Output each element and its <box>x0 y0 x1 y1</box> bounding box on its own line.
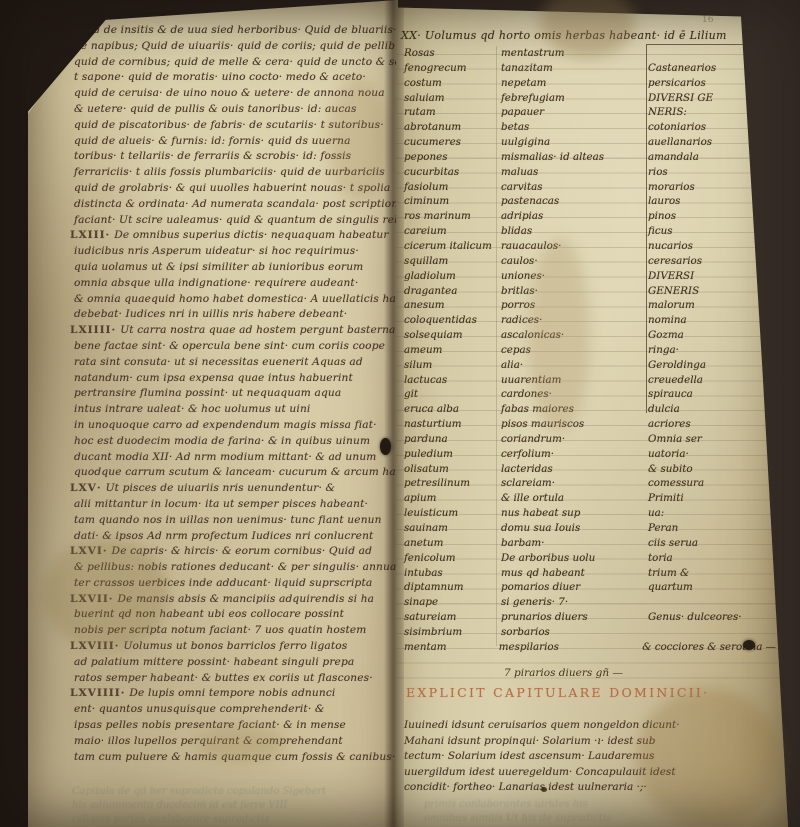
manuscript-text-line: quid de alueis· & furnis: id: fornis· qu… <box>70 135 392 151</box>
manuscript-text-line: bene factae sint· & opercula bene sint· … <box>70 340 392 356</box>
line-text: ent· quantos unusquisque comprehenderit·… <box>74 703 324 715</box>
tree-name-col3: pinos <box>648 210 776 225</box>
manuscript-text-line: LXVI·De capris· & hircis· & eorum cornib… <box>70 545 392 561</box>
table-row: eruca albafabas maioresdulcia <box>404 403 776 418</box>
manuscript-text-line: ratos semper habeant· & buttes ex coriis… <box>70 672 392 688</box>
tree-name-col3: Omnia ser <box>648 433 776 448</box>
herb-name-col1: sauinam <box>404 522 501 537</box>
explicit-rubric: EXPLICIT CAPITULARE DOMINICII· <box>406 685 709 700</box>
herb-name-col2: febrefugiam <box>501 92 648 107</box>
line-text: De mansis absis & mancipiis adquirendis … <box>118 593 375 605</box>
line-text: quid de piscatoribus· de fabris· de scut… <box>74 119 384 131</box>
line-text: & omnia quaequid homo habet domestica· A… <box>74 293 409 305</box>
herb-name-col2: mentastrum <box>501 47 648 62</box>
herb-name-col2: maluas <box>501 166 648 181</box>
table-row: mentammespilarios& cocciores & serotina … <box>404 641 776 656</box>
tree-name-col3: quartum <box>648 581 776 596</box>
table-row: ameumcepasringa· <box>404 344 776 359</box>
manuscript-text-line: tam quando nos in uillas non uenimus· tu… <box>70 514 392 530</box>
line-text: quid de ceruisa· de uino nouo & uetere· … <box>74 87 385 99</box>
herb-name-col2: si generis· 7· <box>501 596 648 611</box>
manuscript-text-line: LXVIIII·De lupis omni tempore nobis adnu… <box>70 687 392 703</box>
tree-name-col3: Peran <box>648 522 776 537</box>
manuscript-text-line: LXIIII·Ut carra nostra quae ad hostem pe… <box>70 324 392 340</box>
line-text: distincta & ordinata· Ad numerata scanda… <box>74 198 415 210</box>
line-text: & pellibus: nobis rationes deducant· & p… <box>74 561 400 573</box>
table-row: sisimbriumsorbarios <box>404 626 776 641</box>
line-text: quid de cornibus; quid de melle & cera· … <box>74 56 414 68</box>
faded-text-line: his adiummento duodecim id est ferre VII… <box>72 800 326 814</box>
herb-name-col1: sinape <box>404 596 501 611</box>
manuscript-text-line: quid de cornibus; quid de melle & cera· … <box>70 56 392 72</box>
herb-name-col1: ameum <box>404 344 501 359</box>
tree-name-col3: auellanarios <box>648 136 776 151</box>
table-row: Rosasmentastrum <box>404 47 776 62</box>
manuscript-text-line: quia uolamus ut & ipsi similiter ab iuni… <box>70 261 392 277</box>
manuscript-text-line: dati· & ipsos Ad nrm profectum Iudices n… <box>70 530 392 546</box>
herb-name-col1: leuisticum <box>404 507 501 522</box>
table-row: apium& ille ortulaPrimiti <box>404 492 776 507</box>
manuscript-text-line: nobis per scripta notum faciant· 7 uos q… <box>70 624 392 640</box>
herb-name-col2: britlas· <box>501 285 648 300</box>
tree-name-col3: rios <box>648 166 776 181</box>
line-text: Uolumus ut bonos barriclos ferro ligatos <box>123 640 347 652</box>
herb-name-col2: radices· <box>501 314 648 329</box>
manuscript-text-line: & uetere· quid de pullis & ouis tanoribu… <box>70 103 392 119</box>
herb-name-col2: fabas maiores <box>501 403 648 418</box>
table-row: satureiamprunarios diuersGenus· dulceore… <box>404 611 776 626</box>
line-text: De lupis omni tempore nobis adnunci <box>129 687 335 699</box>
manuscript-text-line: LXV·Ut pisces de uiuariis nris uenundent… <box>70 482 392 498</box>
manuscript-text-line: ducant modia XII· Ad nrm modium mittant·… <box>70 451 392 467</box>
table-row: coloquentidasradices·nomina <box>404 314 776 329</box>
manuscript-text-line: de napibus; Quid de uiuariis· quid de co… <box>70 40 392 56</box>
chapter-numeral: LXIIII· <box>70 324 116 336</box>
table-row: sauinamdomu sua IouisPeran <box>404 522 776 537</box>
table-row: silumalia·Geroldinga <box>404 359 776 374</box>
tree-name-col3: amandala <box>648 151 776 166</box>
table-row: abrotanumbetascotoniarios <box>404 121 776 136</box>
tree-name-col3: cotoniarios <box>648 121 776 136</box>
herb-name-col1: fenogrecum <box>404 62 501 77</box>
gloss-text-line: tectum· Solarium idest ascensum· Laudare… <box>404 750 680 766</box>
right-faded-addition: primis conlaborantes uirides hisomnibus … <box>424 799 611 827</box>
herb-name-col1: eruca alba <box>404 403 501 418</box>
manuscript-text-line: quodque carrum scutum & lanceam· cucurum… <box>70 466 392 482</box>
table-row: fenogrecumtanazitamCastanearios <box>404 62 776 77</box>
tree-name-col3: ua: <box>648 507 776 522</box>
chapter-numeral: LXVIII· <box>70 640 119 652</box>
herb-name-col1: gladiolum <box>404 270 501 285</box>
tree-name-col3: toria <box>648 552 776 567</box>
manuscript-text-line: ent· quantos unusquisque comprehenderit·… <box>70 703 392 719</box>
table-row: petresilinumsclareiam·comessura <box>404 477 776 492</box>
table-row: cucurbitasmaluasrios <box>404 166 776 181</box>
manuscript-text-line: ad palatium mittere possint· habeant sin… <box>70 656 392 672</box>
table-row: ciminumpastenacaslauros <box>404 195 776 210</box>
herb-name-col1: solsequiam <box>404 329 501 344</box>
herb-name-col2: caulos· <box>501 255 648 270</box>
herb-name-col2: pisos mauriscos <box>501 418 648 433</box>
manuscript-text-line: omnia absque ulla indignatione· requirer… <box>70 277 392 293</box>
line-text: buerint qd non habeant ubi eos collocare… <box>74 608 344 620</box>
table-row: diptamnumpomarios diuerquartum <box>404 581 776 596</box>
chapter-numeral: LXVII· <box>70 593 114 605</box>
gloss-text-line: concidit· fortheo· Lanarias idest uulner… <box>404 781 680 797</box>
manuscript-text-line: quid de grolabris· & qui uuolles habueri… <box>70 182 392 198</box>
tree-name-col3: nomina <box>648 314 776 329</box>
line-text: quid de alueis· & furnis: id: fornis· qu… <box>74 135 351 147</box>
manuscript-text-line: debebat· Iudices nri in uillis nris habe… <box>70 308 392 324</box>
tree-name-col3: & subito <box>648 463 776 478</box>
tree-name-col3: spirauca <box>648 388 776 403</box>
manuscript-text-line: distincta & ordinata· Ad numerata scanda… <box>70 198 392 214</box>
line-text: De omnibus superius dictis· nequaquam ha… <box>114 229 388 241</box>
line-text: pertransire flumina possint· ut nequaqua… <box>74 387 341 399</box>
manuscript-text-line: & omnia quaequid homo habet domestica· A… <box>70 293 392 309</box>
line-text: ratos semper habeant· & buttes ex coriis… <box>74 672 373 684</box>
line-text: rata sint consuta· ut si necessitas euen… <box>74 356 363 368</box>
table-row: olisatumlacteridas& subito <box>404 463 776 478</box>
herb-name-col1: cicerum italicum <box>404 240 501 255</box>
tree-name-col3: persicarios <box>648 77 776 92</box>
manuscript-text-line: in unoquoque carro ad expendendum magis … <box>70 419 392 435</box>
gloss-text-line: uuergildum idest uueregeldum· Concapulau… <box>404 766 680 782</box>
herb-name-col1: coloquentidas <box>404 314 501 329</box>
herb-name-col1: ciminum <box>404 195 501 210</box>
gloss-text-line: Iuuinedi idsunt ceruisarios quem nongeld… <box>404 719 680 735</box>
line-text: ad palatium mittere possint· habeant sin… <box>74 656 354 668</box>
faded-text-line: primis conlaborantes uirides his <box>424 799 611 813</box>
table-closing-line: 7 pirarios diuers gñ — <box>504 667 623 679</box>
herb-name-col1: rutam <box>404 106 501 121</box>
line-text: & uetere· quid de pullis & ouis tanoribu… <box>74 103 357 115</box>
line-text: toribus· t tellariis· de ferrariis & scr… <box>74 150 351 162</box>
table-row: cicerum italicumrauacaulos·nucarios <box>404 240 776 255</box>
herb-name-col2: papauer <box>501 106 648 121</box>
herb-name-col2: carvitas <box>501 181 648 196</box>
herb-name-col2: sorbarios <box>501 626 648 641</box>
line-text: natandum· cum ipsa expensa quae intus ha… <box>74 372 353 384</box>
herb-name-col1: anesum <box>404 299 501 314</box>
herb-name-col2: De arboribus uolu <box>501 552 648 567</box>
manuscript-text-line: intus intrare ualeat· & hoc uolumus ut u… <box>70 403 392 419</box>
herb-name-col1: cucumeres <box>404 136 501 151</box>
herb-name-col2: mus qd habeant <box>501 567 648 582</box>
tree-name-col3: DIVERSI <box>648 270 776 285</box>
table-row: solsequiamascalonicas·Gozma <box>404 329 776 344</box>
table-row: intubasmus qd habeanttrium & <box>404 567 776 582</box>
herb-name-col1: olisatum <box>404 463 501 478</box>
faded-text-line: Capitula de qd her supradicta copulando … <box>72 786 326 800</box>
herb-name-col1: silum <box>404 359 501 374</box>
herb-name-col1: fenicolum <box>404 552 501 567</box>
line-text: maio· illos lupellos perquirant & compre… <box>74 735 343 747</box>
manuscript-text-line: ter crassos uerbices inde adducant· liqu… <box>70 577 392 593</box>
tree-name-col3: nucarios <box>648 240 776 255</box>
manuscript-text-line: buerint qd non habeant ubi eos collocare… <box>70 608 392 624</box>
tree-name-col3: Geroldinga <box>648 359 776 374</box>
tree-name-col3: Castanearios <box>648 62 776 77</box>
table-row: ros marinumadripiaspinos <box>404 210 776 225</box>
line-text: alii mittantur in locum· ita ut semper p… <box>74 498 368 510</box>
herb-name-col2: cerfolium· <box>501 448 648 463</box>
table-row: anesumporrosmalorum <box>404 299 776 314</box>
herb-name-col1: lactucas <box>404 374 501 389</box>
herb-name-col1: parduna <box>404 433 501 448</box>
herb-name-col2: adripias <box>501 210 648 225</box>
line-text: Ut pisces de uiuariis nris uenundentur· … <box>106 482 336 494</box>
line-text: nobis per scripta notum faciant· 7 uos q… <box>74 624 366 636</box>
herb-name-col1: cucurbitas <box>404 166 501 181</box>
tree-name-col3: malorum <box>648 299 776 314</box>
table-row: leuisticumnus habeat supua: <box>404 507 776 522</box>
herb-name-col1: sisimbrium <box>404 626 501 641</box>
herb-name-col2: ascalonicas· <box>501 329 648 344</box>
herb-name-col2: cepas <box>501 344 648 359</box>
tree-name-col3 <box>648 596 776 611</box>
line-text: iudicibus nris Asperum uideatur· si hoc … <box>74 245 359 257</box>
tree-name-col3: GENERIS <box>648 285 776 300</box>
manuscript-text-line: LXVIII·Uolumus ut bonos barriclos ferro … <box>70 640 392 656</box>
herb-name-col2: porros <box>501 299 648 314</box>
line-text: de napibus; Quid de uiuariis· quid de co… <box>74 40 411 52</box>
manuscript-photo: -· f~ Quid de insitis & de uua sied herb… <box>0 0 800 827</box>
line-text: debebat· Iudices nri in uillis nris habe… <box>74 308 347 320</box>
line-text: ducant modia XII· Ad nrm modium mittant·… <box>74 451 377 463</box>
manuscript-text-line: faciant· Ut scire ualeamus· quid & quant… <box>70 214 392 230</box>
herb-name-col1: pepones <box>404 151 501 166</box>
herb-name-col1: intubas <box>404 567 501 582</box>
manuscript-text-line: pertransire flumina possint· ut nequaqua… <box>70 387 392 403</box>
table-row: fasiolumcarvitasmorarios <box>404 181 776 196</box>
line-text: ferrariciis· t aliis fossis plumbariciis… <box>74 166 385 178</box>
table-row: fenicolumDe arboribus uolutoria <box>404 552 776 567</box>
manuscript-text-line: alii mittantur in locum· ita ut semper p… <box>70 498 392 514</box>
herb-name-col2: alia· <box>501 359 648 374</box>
herb-name-col1: mentam <box>404 641 499 656</box>
herb-name-col1: fasiolum <box>404 181 501 196</box>
manuscript-text-line: ferrariciis· t aliis fossis plumbariciis… <box>70 166 392 182</box>
manuscript-text-line: LXIII·De omnibus superius dictis· nequaq… <box>70 229 392 245</box>
tree-name-col3 <box>648 47 776 62</box>
herb-name-col2: uuarentiam <box>501 374 648 389</box>
line-text: intus intrare ualeat· & hoc uolumus ut u… <box>74 403 310 415</box>
table-row: lactucasuuarentiamcreuedella <box>404 374 776 389</box>
herb-name-col2: nepetam <box>501 77 648 92</box>
manuscript-text-line: toribus· t tellariis· de ferrariis & scr… <box>70 150 392 166</box>
herb-name-col1: git <box>404 388 501 403</box>
herb-name-col2: uniones· <box>501 270 648 285</box>
table-row: saluiamfebrefugiamDIVERSI GE <box>404 92 776 107</box>
manuscript-text-line: t sapone· quid de moratis· uino cocto· m… <box>70 71 392 87</box>
line-text: De capris· & hircis· & eorum cornibus· Q… <box>112 545 373 557</box>
herb-name-col2: lacteridas <box>501 463 648 478</box>
table-row: pardunacoriandrum·Omnia ser <box>404 433 776 448</box>
line-text: tam cum puluere & hamis quamque cum foss… <box>74 751 395 763</box>
tree-name-col3: Primiti <box>648 492 776 507</box>
table-row: costumnepetampersicarios <box>404 77 776 92</box>
herb-name-col1: puledium <box>404 448 501 463</box>
line-text: bene factae sint· & opercula bene sint· … <box>74 340 385 352</box>
tree-name-col3: lauros <box>648 195 776 210</box>
manuscript-text-line: rata sint consuta· ut si necessitas euen… <box>70 356 392 372</box>
manuscript-text-line: tam cum puluere & hamis quamque cum foss… <box>70 751 392 767</box>
tree-name-col3: dulcia <box>648 403 776 418</box>
table-row: rutampapauerNERIS: <box>404 106 776 121</box>
tree-name-col3: ficus <box>648 225 776 240</box>
gloss-paragraph: Iuuinedi idsunt ceruisarios quem nongeld… <box>404 719 680 797</box>
line-text: quid de grolabris· & qui uuolles habueri… <box>74 182 390 194</box>
tree-name-col3: DIVERSI GE <box>648 92 776 107</box>
left-faded-addition: Capitula de qd her supradicta copulando … <box>72 786 326 827</box>
tree-name-col3: trium & <box>648 567 776 582</box>
herb-name-col1: petresilinum <box>404 477 501 492</box>
corner-annotation: -· <box>92 6 97 15</box>
herb-name-col1: Rosas <box>404 47 501 62</box>
table-row: draganteabritlas·GENERIS <box>404 285 776 300</box>
table-row: gladiolumuniones·DIVERSI <box>404 270 776 285</box>
herb-name-col1: anetum <box>404 537 501 552</box>
line-text: Quid de insitis & de uua sied herboribus… <box>74 24 424 36</box>
line-text: in unoquoque carro ad expendendum magis … <box>74 419 377 431</box>
chapter-heading: XX· Uolumus qd horto omis herbas habeant… <box>401 29 727 42</box>
tree-name-col3: ceresarios <box>648 255 776 270</box>
manuscript-text-line: & pellibus: nobis rationes deducant· & p… <box>70 561 392 577</box>
gloss-text-line: Mahani idsunt propinqui· Solarium ·ı· id… <box>404 735 680 751</box>
faded-text-line: reliquis partes conlaborare supradictis <box>72 814 326 827</box>
herb-name-col2: barbam· <box>501 537 648 552</box>
tree-name-col3 <box>648 626 776 641</box>
herb-name-col1: careium <box>404 225 501 240</box>
manuscript-text-line: natandum· cum ipsa expensa quae intus ha… <box>70 372 392 388</box>
herb-name-col2: prunarios diuers <box>501 611 648 626</box>
tree-name-col3: Genus· dulceores· <box>648 611 776 626</box>
manuscript-text-line: LXVII·De mansis absis & mancipiis adquir… <box>70 593 392 609</box>
tree-name-col3: uatoria· <box>648 448 776 463</box>
tree-name-col3: Gozma <box>648 329 776 344</box>
line-text: faciant· Ut scire ualeamus· quid & quant… <box>74 214 414 226</box>
chapter-numeral: LXIII· <box>70 229 110 241</box>
herb-name-col2: nus habeat sup <box>501 507 648 522</box>
tree-name-col3: & cocciores & serotina — <box>642 641 776 656</box>
chapter-numeral: LXVIIII· <box>70 687 125 699</box>
table-row: pulediumcerfolium·uatoria· <box>404 448 776 463</box>
table-row: peponesmismalias· id alteasamandala <box>404 151 776 166</box>
tree-name-col3: creuedella <box>648 374 776 389</box>
table-row: anetumbarbam·ciis serua <box>404 537 776 552</box>
herb-name-col2: rauacaulos· <box>501 240 648 255</box>
red-margin-mark: f~ <box>41 44 51 53</box>
herb-name-col1: satureiam <box>404 611 501 626</box>
line-text: omnia absque ulla indignatione· requirer… <box>74 277 358 289</box>
faded-text-line: omnibus similis Ut his de supradictis <box>424 813 611 827</box>
herb-name-col2: tanazitam <box>501 62 648 77</box>
tree-name-col3: acriores <box>648 418 776 433</box>
line-text: quia uolamus ut & ipsi similiter ab iuni… <box>74 261 363 273</box>
table-row: squillamcaulos·ceresarios <box>404 255 776 270</box>
manuscript-text-line: quid de ceruisa· de uino nouo & uetere· … <box>70 87 392 103</box>
chapter-numeral: LXV· <box>70 482 102 494</box>
herb-name-col2: mismalias· id alteas <box>501 151 648 166</box>
line-text: t sapone· quid de moratis· uino cocto· m… <box>74 71 366 83</box>
herb-name-col1: ros marinum <box>404 210 501 225</box>
right-page: XX· Uolumus qd horto omis herbas habeant… <box>396 0 788 827</box>
chapter-numeral: LXVI· <box>70 545 108 557</box>
manuscript-text-line: Quid de insitis & de uua sied herboribus… <box>70 24 392 40</box>
herb-name-col1: saluiam <box>404 92 501 107</box>
line-text: ter crassos uerbices inde adducant· liqu… <box>74 577 372 589</box>
herb-name-col1: nasturtium <box>404 418 501 433</box>
table-row: cucumeresuulgiginaauellanarios <box>404 136 776 151</box>
left-page: -· f~ Quid de insitis & de uua sied herb… <box>28 0 398 827</box>
manuscript-text-line: hoc est duodecim modia de farina· & in q… <box>70 435 392 451</box>
manuscript-text-line: maio· illos lupellos perquirant & compre… <box>70 735 392 751</box>
tree-name-col3: morarios <box>648 181 776 196</box>
tree-name-col3: ringa· <box>648 344 776 359</box>
herb-name-col2: mespilarios <box>499 641 643 656</box>
herb-name-col2: domu sua Iouis <box>501 522 648 537</box>
line-text: tam quando nos in uillas non uenimus· tu… <box>74 514 382 526</box>
table-row: nasturtiumpisos mauriscosacriores <box>404 418 776 433</box>
line-text: hoc est duodecim modia de farina· & in q… <box>74 435 370 447</box>
line-text: Ut carra nostra quae ad hostem pergunt b… <box>120 324 402 336</box>
herb-name-col2: cardones· <box>501 388 648 403</box>
tree-name-col3: ciis serua <box>648 537 776 552</box>
folio-number: 16 <box>702 15 713 25</box>
table-row: careiumblidasficus <box>404 225 776 240</box>
line-text: quodque carrum scutum & lanceam· cucurum… <box>74 466 431 478</box>
tree-name-col3: comessura <box>648 477 776 492</box>
line-text: dati· & ipsos Ad nrm profectum Iudices n… <box>74 530 373 542</box>
herb-name-col1: diptamnum <box>404 581 501 596</box>
herb-name-col1: costum <box>404 77 501 92</box>
herb-name-col2: sclareiam· <box>501 477 648 492</box>
herb-name-col2: blidas <box>501 225 648 240</box>
manuscript-text-line: iudicibus nris Asperum uideatur· si hoc … <box>70 245 392 261</box>
herb-name-col1: abrotanum <box>404 121 501 136</box>
herb-name-col2: coriandrum· <box>501 433 648 448</box>
herb-name-col1: squillam <box>404 255 501 270</box>
left-page-text: Quid de insitis & de uua sied herboribus… <box>70 24 392 766</box>
herb-name-col2: & ille ortula <box>501 492 648 507</box>
herb-name-col1: dragantea <box>404 285 501 300</box>
herb-name-col1: apium <box>404 492 501 507</box>
table-row: gitcardones·spirauca <box>404 388 776 403</box>
table-row: sinapesi generis· 7· <box>404 596 776 611</box>
herb-name-col2: uulgigina <box>501 136 648 151</box>
line-text: ipsas pelles nobis presentare faciant· &… <box>74 719 346 731</box>
manuscript-text-line: ipsas pelles nobis presentare faciant· &… <box>70 719 392 735</box>
manuscript-text-line: quid de piscatoribus· de fabris· de scut… <box>70 119 392 135</box>
tree-name-col3: NERIS: <box>648 106 776 121</box>
herb-name-col2: pomarios diuer <box>501 581 648 596</box>
herb-list-table: RosasmentastrumfenogrecumtanazitamCastan… <box>404 47 776 656</box>
herb-name-col2: pastenacas <box>501 195 648 210</box>
herb-name-col2: betas <box>501 121 648 136</box>
